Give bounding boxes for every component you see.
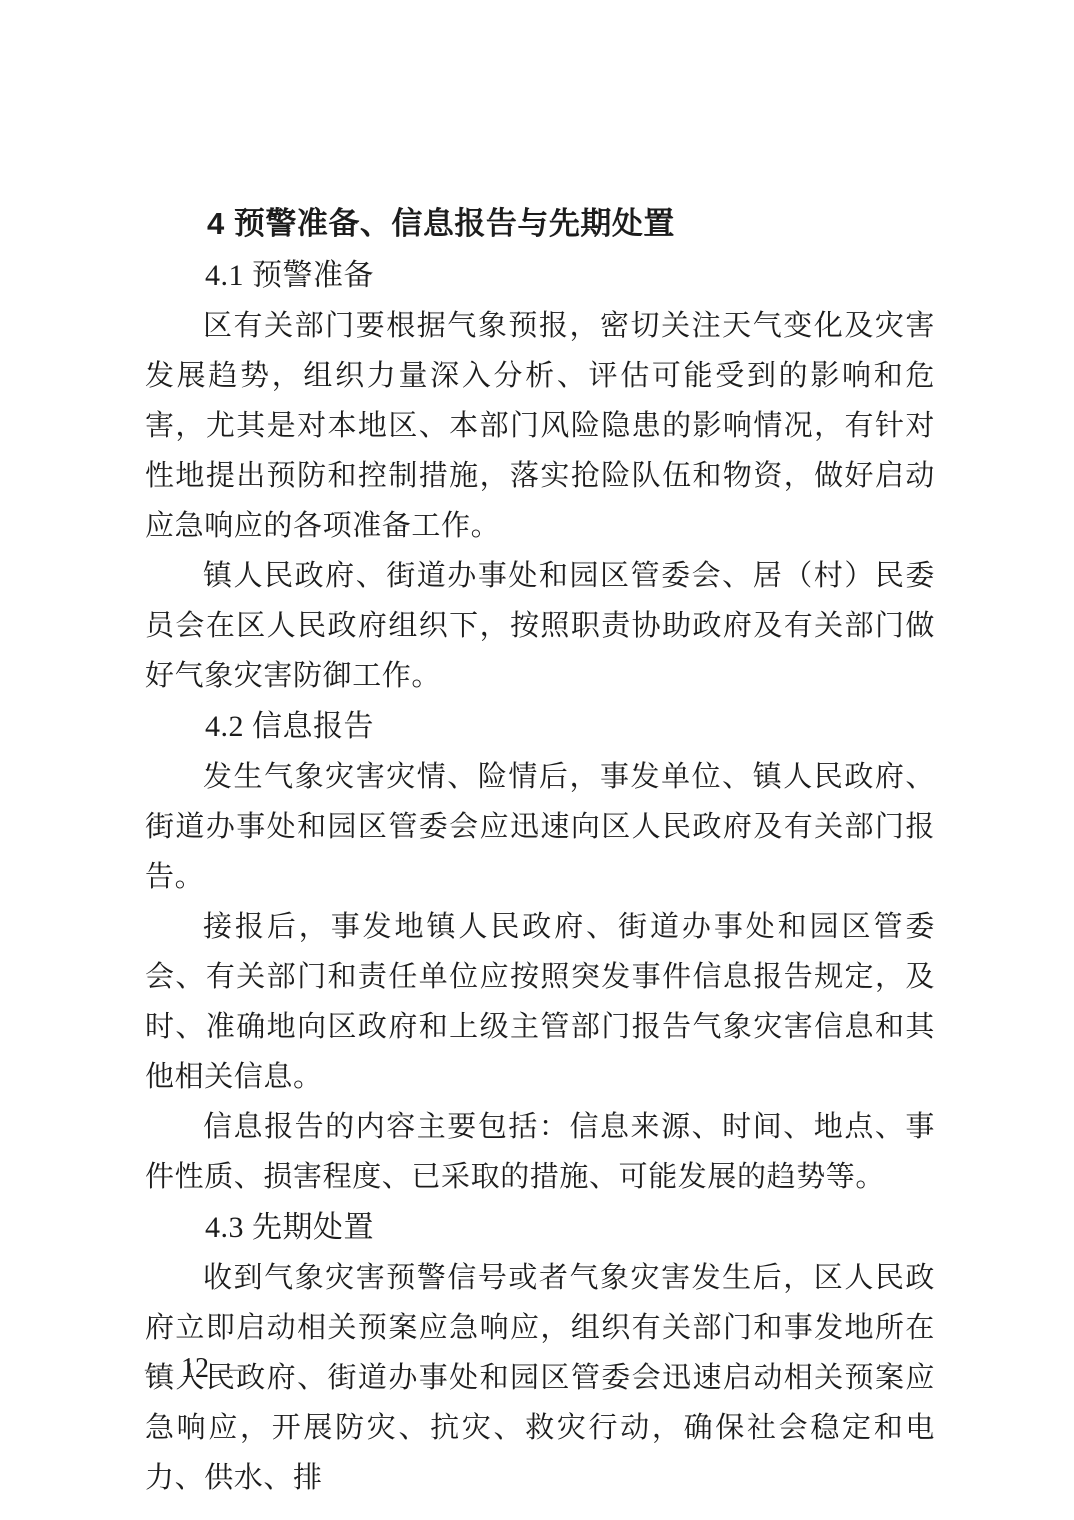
subsection-heading-4-1: 4.1 预警准备 — [145, 250, 935, 301]
subsection-heading-4-3: 4.3 先期处置 — [145, 1202, 935, 1253]
document-page: 4 预警准备、信息报告与先期处置 4.1 预警准备 区有关部门要根据气象预报，密… — [0, 0, 1074, 1520]
section-heading-4: 4 预警准备、信息报告与先期处置 — [145, 198, 935, 250]
paragraph-warning-preparation-2: 镇人民政府、街道办事处和园区管委会、居（村）民委员会在区人民政府组织下，按照职责… — [145, 551, 935, 701]
paragraph-info-report-1: 发生气象灾害灾情、险情后，事发单位、镇人民政府、街道办事处和园区管委会应迅速向区… — [145, 752, 935, 902]
page-number-dash-left: — — [145, 1353, 171, 1384]
document-body: 4 预警准备、信息报告与先期处置 4.1 预警准备 区有关部门要根据气象预报，密… — [145, 198, 935, 1503]
paragraph-info-report-3: 信息报告的内容主要包括：信息来源、时间、地点、事件性质、损害程度、已采取的措施、… — [145, 1102, 935, 1202]
page-number: —12— — [145, 1352, 245, 1386]
page-number-value: 12 — [171, 1353, 219, 1384]
page-number-dash-right: — — [219, 1353, 245, 1384]
paragraph-info-report-2: 接报后，事发地镇人民政府、街道办事处和园区管委会、有关部门和责任单位应按照突发事… — [145, 902, 935, 1102]
paragraph-warning-preparation-1: 区有关部门要根据气象预报，密切关注天气变化及灾害发展趋势，组织力量深入分析、评估… — [145, 301, 935, 551]
paragraph-initial-response-1: 收到气象灾害预警信号或者气象灾害发生后，区人民政府立即启动相关预案应急响应，组织… — [145, 1253, 935, 1503]
subsection-heading-4-2: 4.2 信息报告 — [145, 701, 935, 752]
